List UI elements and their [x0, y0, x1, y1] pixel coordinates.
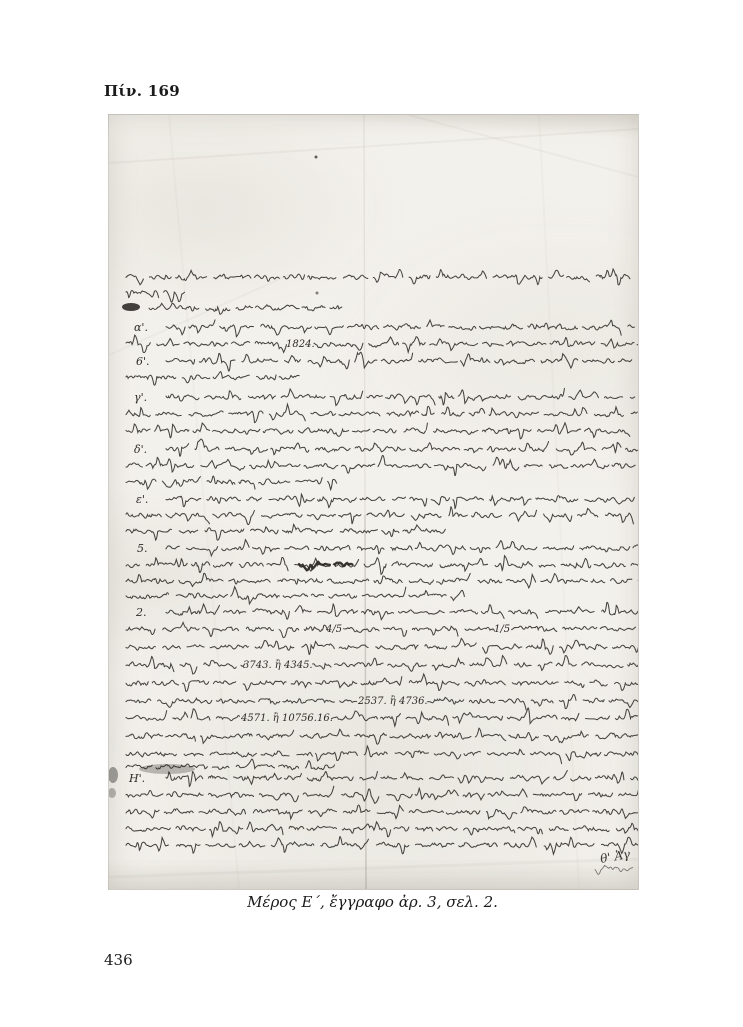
signature-mark: θ' Ἀγ	[599, 847, 632, 866]
manuscript-numeral: 1/5	[494, 624, 510, 635]
handwriting-line	[126, 805, 638, 819]
handwriting-line	[126, 698, 357, 707]
handwriting-line	[314, 337, 638, 352]
figure-label: Πίν. 169	[104, 82, 180, 100]
figure-caption: Μέρος Ε΄, ἔγγραφο ἀρ. 3, σελ. 2.	[108, 893, 637, 911]
paragraph-marker: Η'.	[128, 772, 145, 785]
manuscript-numeral: 1824.	[286, 339, 315, 350]
paragraph-marker: 2.	[135, 606, 147, 619]
handwriting-line	[126, 657, 245, 674]
handwriting-line	[126, 822, 638, 837]
handwriting-line	[126, 674, 638, 691]
handwriting-line	[126, 455, 635, 475]
page-number: 436	[104, 951, 133, 969]
handwriting-line	[126, 638, 638, 654]
handwriting-line	[166, 602, 638, 619]
handwriting-line	[166, 494, 634, 508]
paragraph-marker: ε'.	[136, 493, 148, 506]
handwriting-line	[331, 708, 638, 726]
handwriting-line	[313, 656, 638, 672]
paragraph-marker: 5.	[137, 542, 148, 555]
manuscript-handwriting: α'.1824.6'.γ'.δ'.ε'.5.2.4/51/53743. ἢ 43…	[109, 115, 638, 889]
ink-smudge	[109, 788, 116, 798]
handwriting-line	[595, 865, 633, 874]
handwriting-line	[126, 837, 638, 855]
paragraph-marker: α'.	[134, 321, 148, 334]
handwriting-line	[166, 771, 638, 787]
handwriting-line	[126, 746, 638, 764]
handwriting-line	[428, 695, 638, 710]
handwriting-line	[126, 524, 445, 540]
paragraph-marker: 6'.	[136, 355, 150, 368]
ink-smudge	[315, 156, 318, 159]
handwriting-line	[126, 786, 638, 803]
manuscript-numeral: 4571. ἢ 10756.16.	[240, 713, 333, 724]
ink-smudge	[316, 292, 319, 295]
handwriting-line	[344, 626, 495, 636]
handwriting-line	[166, 388, 635, 405]
ink-smudge	[122, 303, 140, 311]
ink-smudge	[109, 767, 118, 783]
handwriting-line	[126, 404, 637, 422]
paragraph-marker: γ'.	[134, 391, 147, 404]
manuscript-numeral: 2537. ἢ 4736.	[357, 696, 428, 707]
handwriting-line	[149, 303, 342, 314]
handwriting-line	[126, 623, 328, 638]
handwriting-line	[512, 626, 636, 631]
manuscript-scan-photo: α'.1824.6'.γ'.δ'.ε'.5.2.4/51/53743. ἢ 43…	[108, 114, 639, 890]
paper-creases	[109, 115, 638, 889]
handwriting-line	[166, 320, 635, 337]
ink-smudge	[139, 764, 195, 774]
handwriting-line	[126, 728, 638, 744]
handwriting-line	[166, 439, 638, 456]
manuscript-numeral: 3743. ἢ 4345.	[243, 660, 313, 671]
handwriting-line	[126, 291, 185, 303]
paragraph-marker: δ'.	[134, 443, 147, 456]
handwriting-line	[126, 587, 464, 604]
handwriting-line	[166, 352, 632, 371]
handwriting-line	[126, 476, 337, 490]
handwriting-line	[126, 372, 299, 386]
handwriting-line	[126, 573, 638, 588]
handwriting-line	[126, 269, 630, 285]
handwriting-line	[166, 540, 638, 556]
handwriting-line	[126, 507, 633, 525]
